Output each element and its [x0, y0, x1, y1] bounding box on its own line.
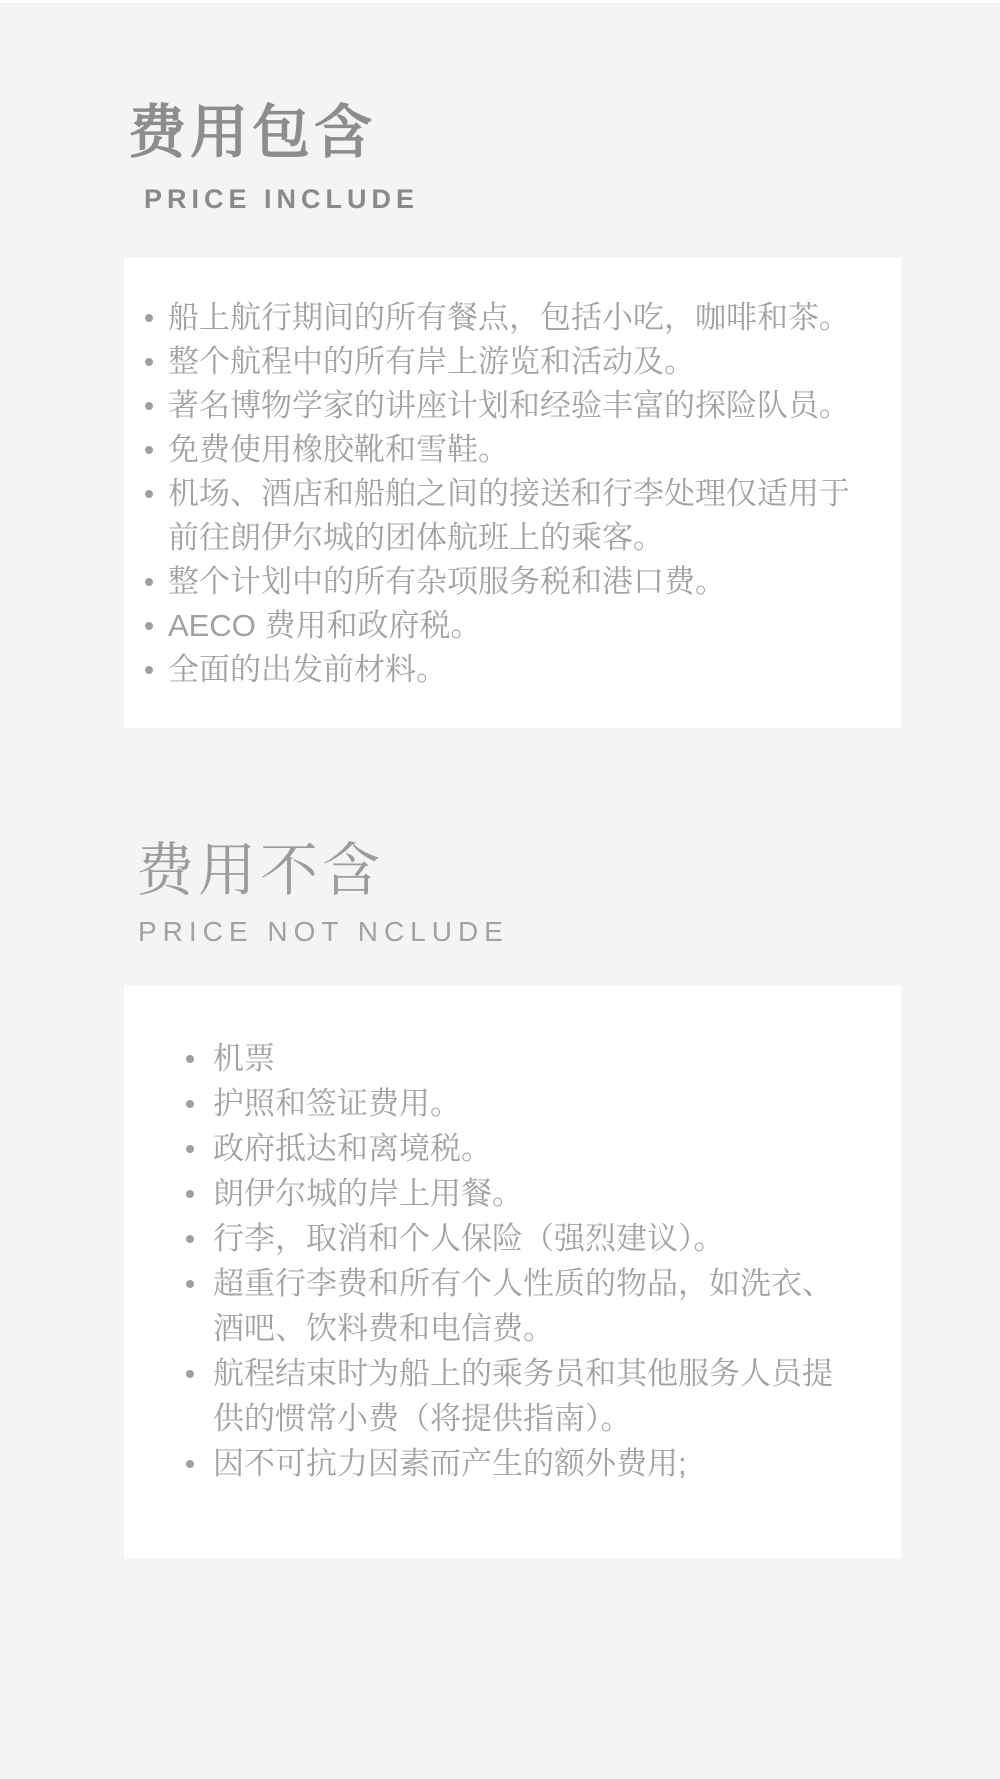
list-item: 航程结束时为船上的乘务员和其他服务人员提供的惯常小费（将提供指南）。 — [213, 1351, 848, 1441]
list-item: 著名博物学家的讲座计划和经验丰富的探险队员。 — [168, 384, 858, 428]
list-item: 护照和签证费用。 — [213, 1081, 848, 1126]
top-divider — [0, 0, 1000, 4]
page: 费用包含 PRICE INCLUDE 船上航行期间的所有餐点，包括小吃，咖啡和茶… — [0, 0, 1000, 1779]
include-panel: 船上航行期间的所有餐点，包括小吃，咖啡和茶。整个航程中的所有岸上游览和活动及。著… — [124, 258, 901, 728]
list-item: 全面的出发前材料。 — [168, 648, 858, 692]
exclude-panel: 机票护照和签证费用。政府抵达和离境税。朗伊尔城的岸上用餐。行李，取消和个人保险（… — [124, 985, 901, 1559]
list-item: 朗伊尔城的岸上用餐。 — [213, 1171, 848, 1216]
include-subtitle: PRICE INCLUDE — [144, 186, 419, 213]
exclude-subtitle: PRICE NOT NCLUDE — [138, 918, 509, 946]
include-list: 船上航行期间的所有餐点，包括小吃，咖啡和茶。整个航程中的所有岸上游览和活动及。著… — [124, 258, 901, 692]
include-title: 费用包含 — [128, 104, 419, 162]
list-item: 政府抵达和离境税。 — [213, 1126, 848, 1171]
section-header-exclude: 费用不含 PRICE NOT NCLUDE — [136, 842, 509, 946]
list-item: 整个航程中的所有岸上游览和活动及。 — [168, 340, 858, 384]
list-item: 机场、酒店和船舶之间的接送和行李处理仅适用于前往朗伊尔城的团体航班上的乘客。 — [168, 472, 858, 560]
list-item: 整个计划中的所有杂项服务税和港口费。 — [168, 560, 858, 604]
list-item: 机票 — [213, 1036, 848, 1081]
list-item: 超重行李费和所有个人性质的物品，如洗衣、酒吧、饮料费和电信费。 — [213, 1261, 848, 1351]
list-item: 免费使用橡胶靴和雪鞋。 — [168, 428, 858, 472]
list-item: 船上航行期间的所有餐点，包括小吃，咖啡和茶。 — [168, 296, 858, 340]
exclude-list: 机票护照和签证费用。政府抵达和离境税。朗伊尔城的岸上用餐。行李，取消和个人保险（… — [124, 985, 901, 1486]
list-item: 因不可抗力因素而产生的额外费用; — [213, 1441, 848, 1486]
list-item: 行李，取消和个人保险（强烈建议）。 — [213, 1216, 848, 1261]
section-header-include: 费用包含 PRICE INCLUDE — [128, 104, 419, 213]
list-item: AECO 费用和政府税。 — [168, 604, 858, 648]
exclude-title: 费用不含 — [136, 842, 509, 900]
